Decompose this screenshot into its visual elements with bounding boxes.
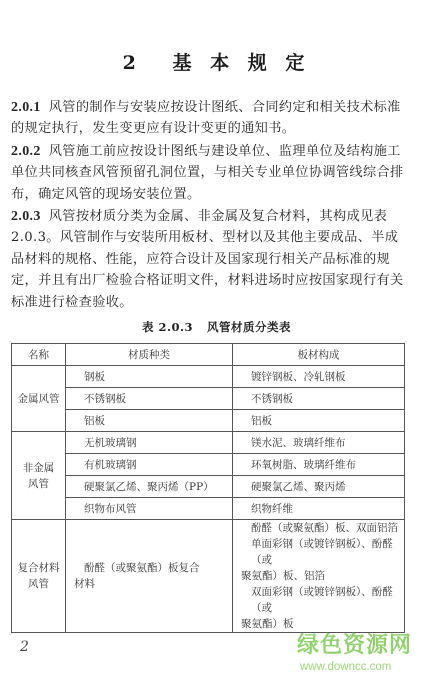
group-name-metal: 金属风管: [12, 366, 66, 432]
composition-cell: 硬聚氯乙烯、聚丙烯: [233, 476, 405, 498]
chapter-number: 2: [123, 52, 142, 74]
header-composition: 板材构成: [233, 344, 405, 366]
composition-cell: 酚醛（或聚氨酯）板、双面铝箔 单面彩钢（或镀锌钢板）、酚醛（或 聚氨酯）板、铝箔…: [233, 520, 405, 633]
composition-cell: 镁水泥、玻璃纤维布: [233, 432, 405, 454]
table-row: 复合材料 风管 酚醛（或聚氨酯）板复合 材料 酚醛（或聚氨酯）板、双面铝箔 单面…: [12, 520, 405, 633]
table-row: 硬聚氯乙烯、聚丙烯（PP） 硬聚氯乙烯、聚丙烯: [12, 476, 405, 498]
material-cell: 钢板: [66, 366, 233, 388]
composition-cell: 镀锌钢板、冷轧钢板: [233, 366, 405, 388]
table-caption: 表 2.0.3风管材质分类表: [0, 319, 433, 335]
table-row: 不锈钢板 不锈钢板: [12, 388, 405, 410]
table-row: 织物布风管 织物纤维: [12, 498, 405, 520]
composition-cell: 织物纤维: [233, 498, 405, 520]
header-name: 名称: [12, 344, 66, 366]
clause-2-0-3: 2.0.3风管按材质分类为金属、非金属及复合材料，其构成见表 2.0.3。风管制…: [11, 206, 411, 313]
table-header-row: 名称 材质种类 板材构成: [12, 344, 405, 366]
group-name-nonmetal: 非金属 风管: [12, 432, 66, 520]
table-row: 非金属 风管 无机玻璃钢 镁水泥、玻璃纤维布: [12, 432, 405, 454]
group-name-line: 复合材料: [12, 560, 65, 576]
material-cell: 硬聚氯乙烯、聚丙烯（PP）: [66, 476, 233, 498]
clause-number: 2.0.3: [11, 209, 41, 224]
table-caption-title: 风管材质分类表: [207, 320, 291, 334]
chapter-heading: 2 基 本 规 定: [0, 48, 433, 75]
watermark-logo-text: 绿色资源网: [297, 628, 412, 659]
material-cell: 有机玻璃钢: [66, 454, 233, 476]
watermark-url: www.downcc.com: [300, 661, 391, 673]
clause-text: 风管施工前应按设计图纸与建设单位、监理单位及结构施工单位共同核查风管预留孔洞位置…: [11, 144, 404, 202]
composition-line: 酚醛（或聚氨酯）板、双面铝箔: [241, 520, 404, 536]
page-number: 2: [20, 639, 29, 655]
composition-cell: 环氧树脂、玻璃纤维布: [233, 454, 405, 476]
duct-material-table: 名称 材质种类 板材构成 金属风管 钢板 镀锌钢板、冷轧钢板 不锈钢板 不锈钢板…: [11, 343, 405, 633]
clause-number: 2.0.2: [11, 144, 41, 159]
clause-2-0-1: 2.0.1风管的制作与安装应按设计图纸、合同约定和相关技术标准的规定执行，发生变…: [11, 97, 411, 140]
material-cell: 织物布风管: [66, 498, 233, 520]
clause-text: 风管按材质分类为金属、非金属及复合材料，其构成见表 2.0.3。风管制作与安装所…: [11, 209, 404, 310]
material-cell: 铝板: [66, 410, 233, 432]
group-name-composite: 复合材料 风管: [12, 520, 66, 633]
composition-line: 双面彩钢（或镀锌钢板）、酚醛（或: [241, 584, 404, 616]
material-line: 材料: [74, 576, 232, 592]
material-cell: 酚醛（或聚氨酯）板复合 材料: [66, 520, 233, 633]
material-cell: 不锈钢板: [66, 388, 233, 410]
composition-cell: 不锈钢板: [233, 388, 405, 410]
clause-number: 2.0.1: [11, 100, 41, 115]
clause-text: 风管的制作与安装应按设计图纸、合同约定和相关技术标准的规定执行，发生变更应有设计…: [11, 100, 401, 136]
composition-cell: 铝板: [233, 410, 405, 432]
group-name-line: 风管: [12, 576, 65, 592]
table-row: 铝板 铝板: [12, 410, 405, 432]
material-line: 酚醛（或聚氨酯）板复合: [74, 560, 232, 576]
composition-line: 单面彩钢（或镀锌钢板）、酚醛（或: [241, 536, 404, 568]
table-row: 有机玻璃钢 环氧树脂、玻璃纤维布: [12, 454, 405, 476]
material-cell: 无机玻璃钢: [66, 432, 233, 454]
clause-2-0-2: 2.0.2风管施工前应按设计图纸与建设单位、监理单位及结构施工单位共同核查风管预…: [11, 141, 411, 205]
header-material: 材质种类: [66, 344, 233, 366]
table-row: 金属风管 钢板 镀锌钢板、冷轧钢板: [12, 366, 405, 388]
chapter-title: 基 本 规 定: [173, 52, 311, 74]
group-name-line: 风管: [12, 476, 65, 492]
table-caption-label: 表 2.0.3: [142, 320, 193, 334]
group-name-line: 非金属: [12, 460, 65, 476]
composition-line: 聚氨酯）板、铝箔: [241, 568, 404, 584]
